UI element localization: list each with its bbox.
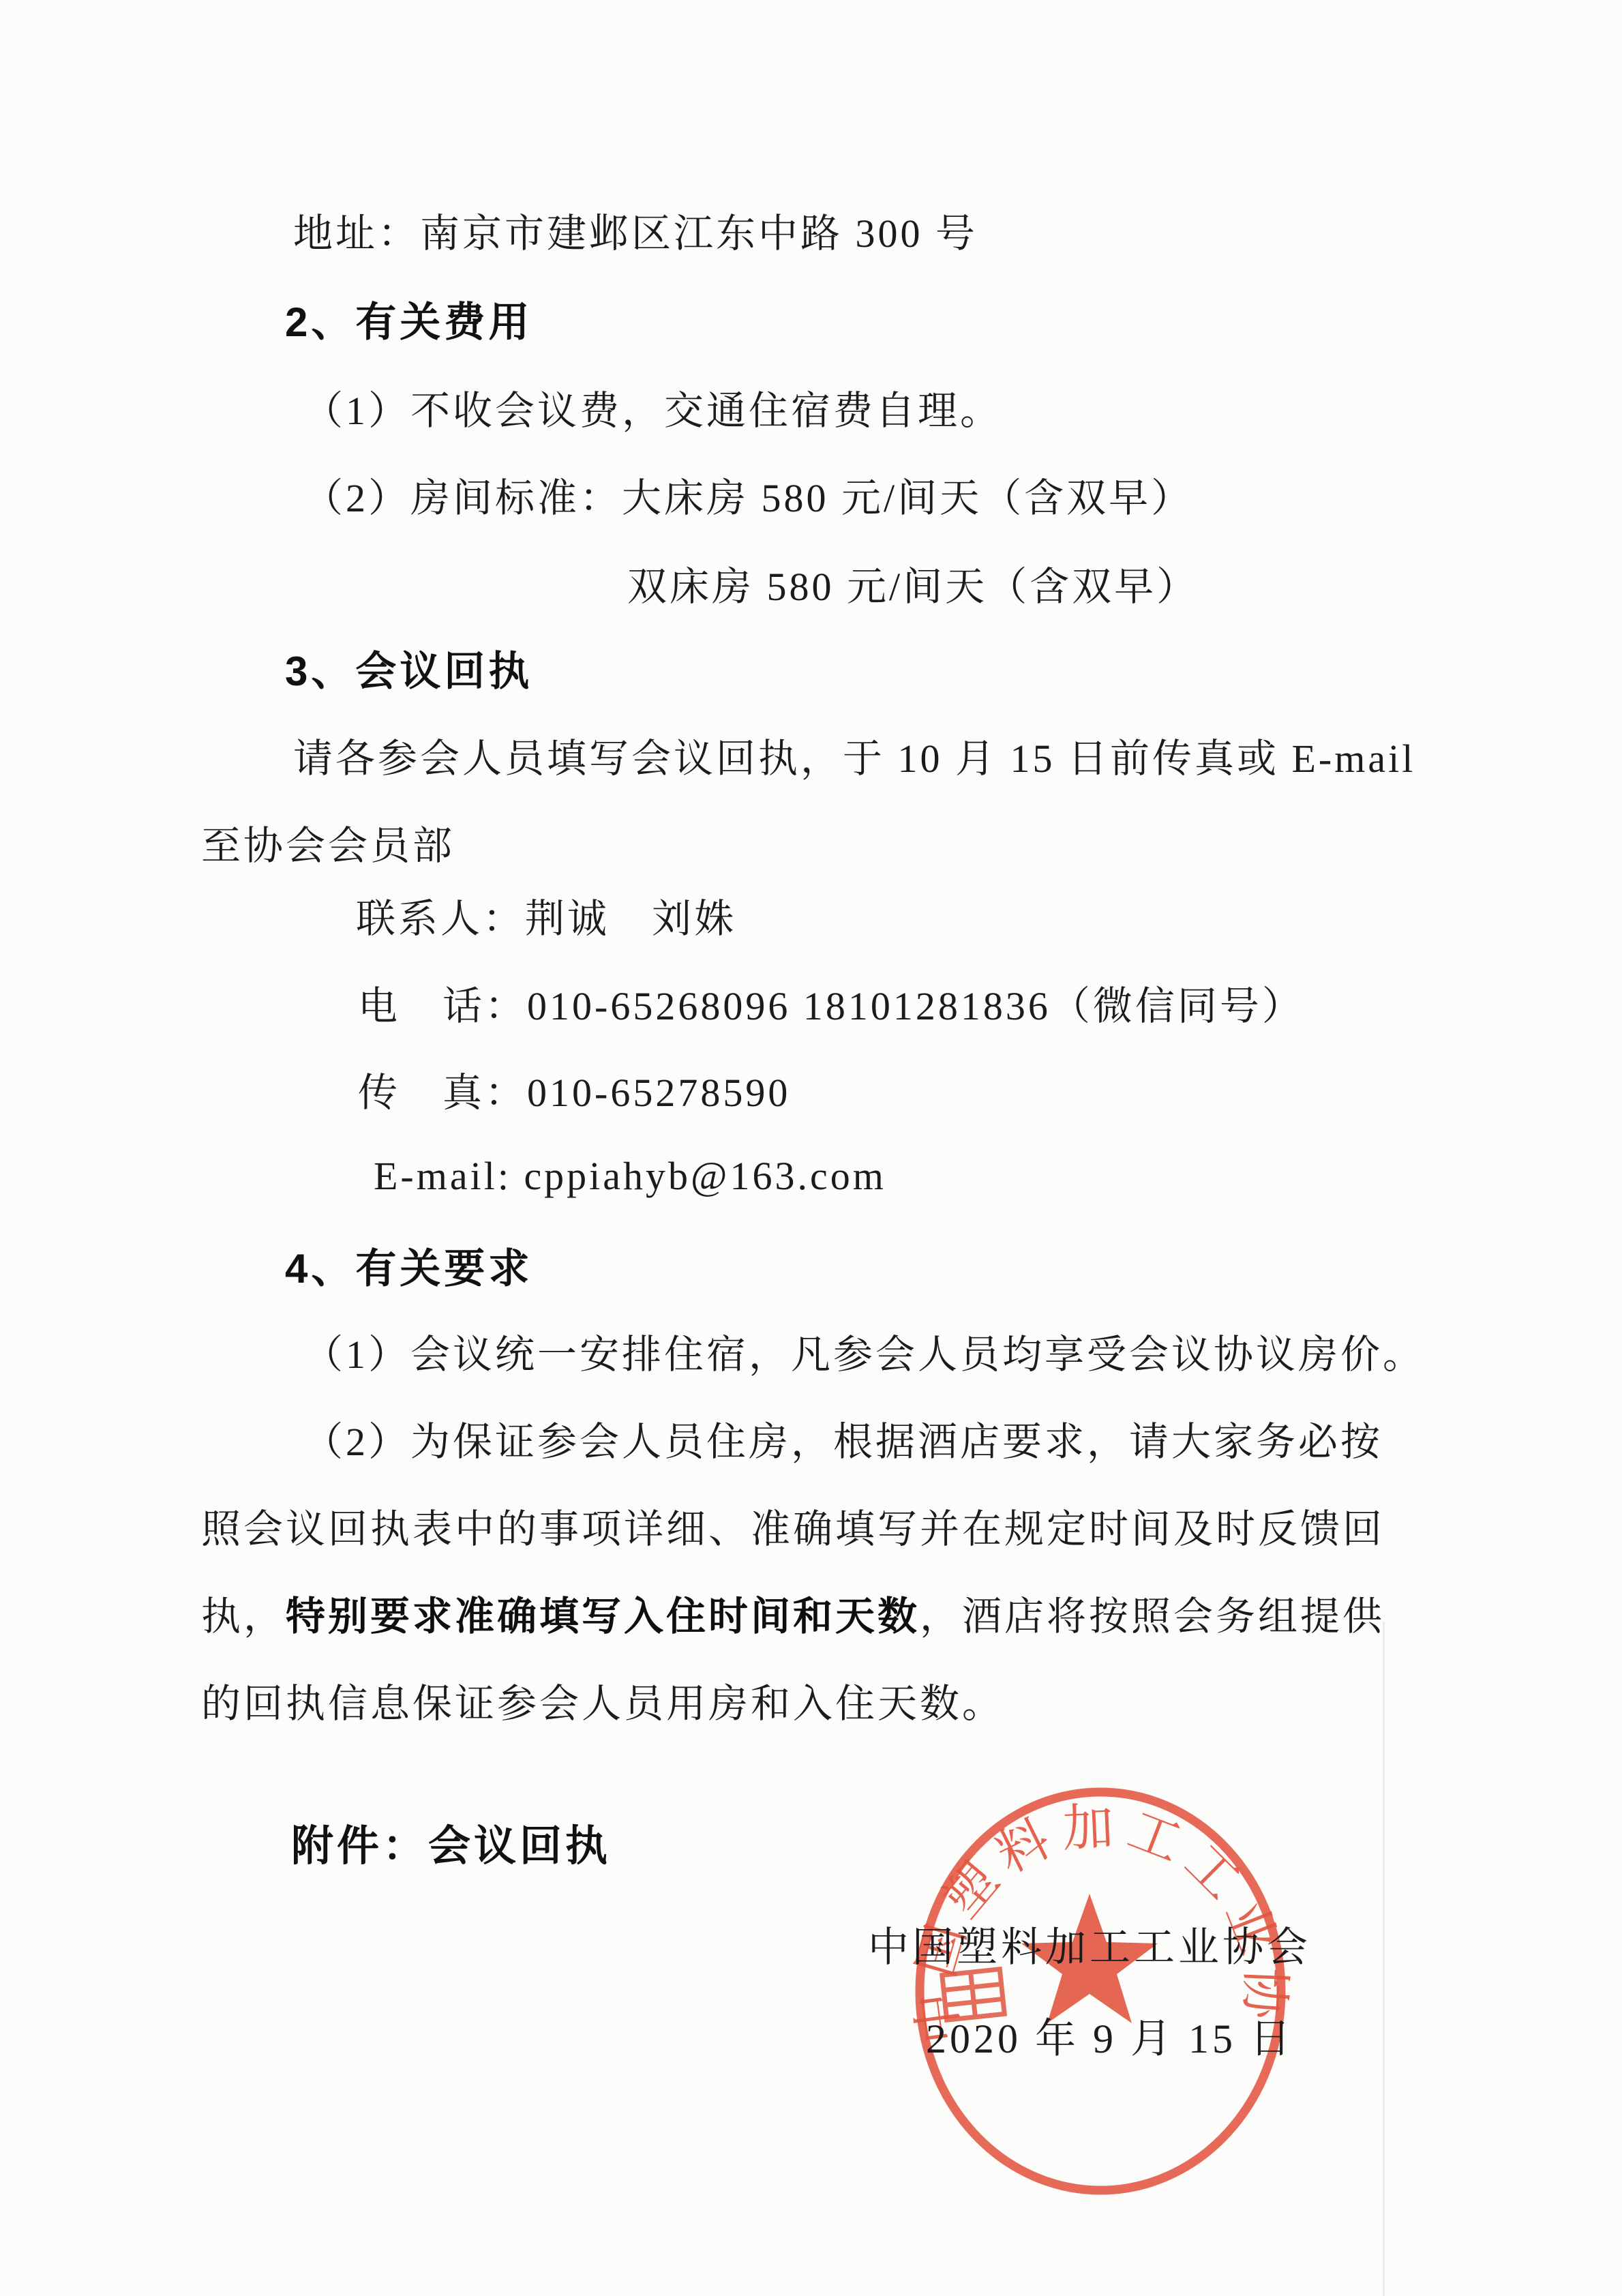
reply-paragraph-1: 请各参会人员填写会议回执，于 10 月 15 日前传真或 E-mail xyxy=(293,736,1415,782)
attachment-line: 附件：会议回执 xyxy=(291,1822,611,1870)
official-seal-stamp: 中国塑料加工工业协会 xyxy=(862,1746,1339,2237)
section2-heading: 2、有关费用 xyxy=(285,299,532,346)
requirement-2-line2: 照会议回执表中的事项详细、准确填写并在规定时间及时反馈回 xyxy=(201,1507,1385,1553)
section4-heading: 4、有关要求 xyxy=(285,1245,532,1292)
fee-item-2-cont: 双床房 580 元/间天（含双早） xyxy=(627,565,1199,610)
scanned-document-page: 中国塑料加工工业协会 地址：南京市建邺区江东中路 300 号 2、有关费用 （1… xyxy=(0,0,1622,2296)
section3-heading: 3、会议回执 xyxy=(285,648,532,695)
fee-item-1: （1）不收会议费，交通住宿费自理。 xyxy=(303,389,1002,434)
scan-artifact-line xyxy=(1383,1622,1385,2296)
requirement-2-line3-bold: 特别要求准确填写入住时间和天数 xyxy=(286,1594,920,1639)
signature-org: 中国塑料加工工业协会 xyxy=(868,1924,1311,1971)
requirement-1: （1）会议统一安排住宿，凡参会人员均享受会议协议房价。 xyxy=(303,1332,1425,1378)
address-line: 地址：南京市建邺区江东中路 300 号 xyxy=(293,211,978,257)
requirement-2-line3-pre: 执， xyxy=(201,1594,286,1639)
requirement-2-line4: 的回执信息保证参会人员用房和入住天数。 xyxy=(201,1682,1004,1727)
phone-line: 电 话：010-65268096 18101281836（微信同号） xyxy=(358,984,1304,1030)
email-line: E-mail: cppiahyb@163.com xyxy=(374,1154,886,1199)
contact-person-line: 联系人：荆诚 刘姝 xyxy=(356,897,736,942)
requirement-2-line1: （2）为保证参会人员住房，根据酒店要求，请大家务必按 xyxy=(303,1420,1383,1465)
signature-date: 2020 年 9 月 15 日 xyxy=(926,2016,1294,2063)
requirement-2-line3: 执，特别要求准确填写入住时间和天数，酒店将按照会务组提供 xyxy=(201,1594,1385,1640)
fax-line: 传 真：010-65278590 xyxy=(358,1071,790,1116)
fee-item-2: （2）房间标准：大床房 580 元/间天（含双早） xyxy=(303,476,1193,522)
reply-paragraph-2: 至协会会员部 xyxy=(201,824,455,869)
requirement-2-line3-post: ，酒店将按照会务组提供 xyxy=(920,1594,1385,1639)
